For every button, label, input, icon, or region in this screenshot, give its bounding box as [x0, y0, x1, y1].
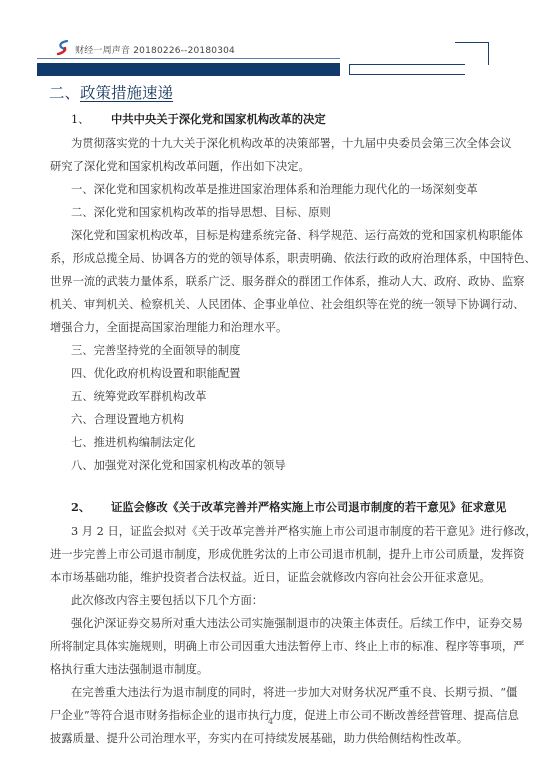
- article-number: 1、: [71, 113, 111, 127]
- paragraph-line: 3 月 2 日，证监会拟对《关于改革完善并严格实施上市公司退市制度的若干意见》进…: [71, 525, 537, 539]
- header-thin-rule: [37, 58, 340, 59]
- list-item: 一、深化党和国家机构改革是推进国家治理体系和治理能力现代化的一场深刻变革: [71, 183, 478, 197]
- paragraph-line: 系，形成总揽全局、协调各方的党的领导体系，职责明确、依法行政的政府治理体系，中国…: [50, 252, 536, 266]
- paragraph-line: 在完善重大违法行为退市制度的同时，将进一步加大对财务状况严重不良、长期亏损、“僵: [71, 686, 517, 700]
- paragraph-line: 此次修改内容主要包括以下几个方面：: [71, 594, 263, 608]
- list-item: 六、合理设置地方机构: [71, 413, 184, 427]
- paragraph-line: 所将制定具体实施规则，明确上市公司因重大违法暂停上市、终止上市的标准、程序等事项…: [50, 640, 524, 654]
- list-item: 五、统筹党政军群机构改革: [71, 390, 207, 404]
- article-2-heading: 2、证监会修改《关于改革完善并严格实施上市公司退市制度的若干意见》征求意见: [71, 500, 506, 514]
- paragraph-line: 世界一流的武装力量体系，联系广泛、服务群众的群团工作体系，推动人大、政府、政协、…: [50, 275, 524, 289]
- article-1-heading: 1、中共中央关于深化党和国家机构改革的决定: [71, 112, 326, 127]
- list-item: 四、优化政府机构设置和职能配置: [71, 367, 240, 381]
- paragraph-line: 为贯彻落实党的十九大关于深化机构改革的决策部署，十九届中央委员会第三次全体会议: [71, 137, 512, 151]
- paragraph-line: 本市场基础功能，维护投资者合法权益。近日，证监会就修改内容向社会公开征求意见。: [50, 571, 491, 585]
- paragraph-line: 披露质量、提升公司治理水平，夯实内在可持续发展基础，助力供给侧结构性改革。: [50, 732, 468, 746]
- header-decoration-bracket-bottom: [349, 64, 465, 75]
- paragraph-line: 研究了深化党和国家机构改革问题，作出如下决定。: [50, 160, 310, 174]
- article-title: 中共中央关于深化党和国家机构改革的决定: [111, 112, 326, 126]
- section-title-text: 政策措施速递: [80, 84, 173, 102]
- paragraph-line: 尸企业”等符合退市财务指标企业的退市执行力度，促进上市公司不断改善经营管理、提高…: [50, 709, 519, 723]
- swoosh-logo-icon: [56, 40, 70, 56]
- list-item: 二、深化党和国家机构改革的指导思想、目标、原则: [71, 206, 331, 220]
- section-prefix: 二、: [49, 84, 80, 102]
- section-title: 二、政策措施速递: [49, 83, 173, 103]
- article-number: 2、: [71, 500, 111, 514]
- header-bar: [37, 63, 340, 76]
- page-number: 4: [268, 717, 273, 726]
- paragraph-line: 机关、审判机关、检察机关、人民团体、企事业单位、社会组织等在党的统一领导下协调行…: [50, 298, 524, 312]
- page-header: 财经一周声音 20180226--20180304: [0, 0, 543, 80]
- header-decoration-bracket-top: [455, 42, 489, 65]
- paragraph-line: 格执行重大违法强制退市制度。: [50, 663, 208, 677]
- list-item: 八、加强党对深化党和国家机构改革的领导: [71, 459, 286, 473]
- article-title: 证监会修改《关于改革完善并严格实施上市公司退市制度的若干意见》征求意见: [111, 500, 506, 514]
- list-item: 七、推进机构编制法定化: [71, 436, 195, 450]
- paragraph-line: 强化沪深证券交易所对重大违法公司实施强制退市的决策主体责任。后续工作中，证券交易: [71, 617, 523, 631]
- list-item: 三、完善坚持党的全面领导的制度: [71, 344, 240, 358]
- paragraph-line: 增强合力，全面提高国家治理能力和治理水平。: [50, 321, 287, 335]
- paragraph-line: 进一步完善上市公司退市制度，形成优胜劣汰的上市公司退市机制，提升上市公司质量，发…: [50, 548, 524, 562]
- paragraph-line: 深化党和国家机构改革，目标是构建系统完备、科学规范、运行高效的党和国家机构职能体: [71, 229, 523, 243]
- header-title: 财经一周声音 20180226--20180304: [75, 46, 235, 56]
